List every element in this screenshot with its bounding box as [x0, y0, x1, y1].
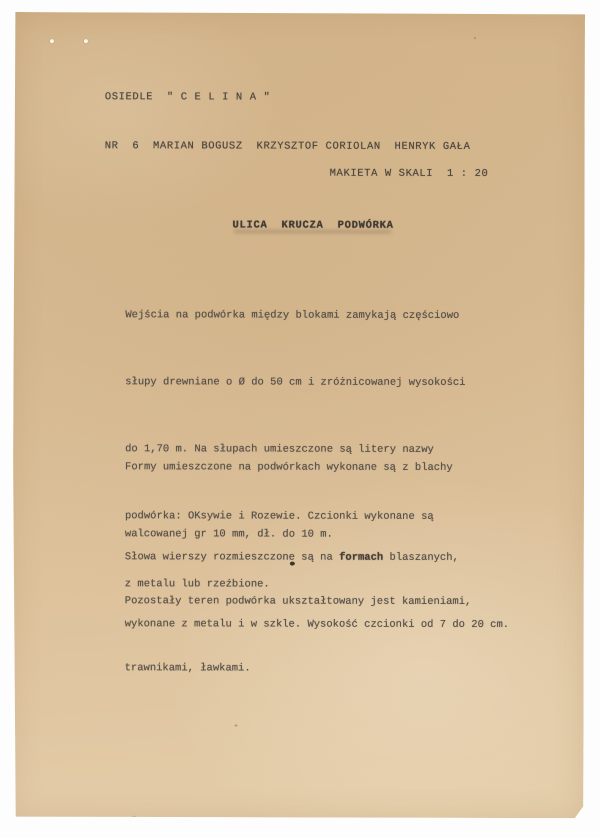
section-title: ULICA KRUCZA PODWÓRKA — [233, 214, 394, 237]
document-page: OSIEDLE " C E L I N A " NR 6 MARIAN BOGU… — [12, 12, 585, 818]
paper-speck — [474, 37, 476, 39]
paper-speck — [132, 816, 136, 819]
text-segment: Słowa wierszy rozmieszczone są na — [125, 551, 339, 563]
ink-dot — [290, 562, 295, 566]
paragraph-inscriptions: Słowa wierszy rozmieszczone są na formac… — [125, 501, 510, 681]
text-line: Wejścia na podwórka między blokami zamyk… — [125, 304, 465, 327]
text-line: wykonane z metalu i w szkle. Wysokość cz… — [125, 613, 509, 636]
scan-background: OSIEDLE " C E L I N A " NR 6 MARIAN BOGU… — [0, 0, 600, 837]
text-line: Słowa wierszy rozmieszczone są na formac… — [125, 546, 509, 569]
estate-title-line: OSIEDLE " C E L I N A " — [105, 86, 271, 109]
text-segment: blaszanych, — [383, 552, 459, 564]
pinhole — [84, 39, 88, 43]
authors-line: NR 6 MARIAN BOGUSZ KRZYSZTOF CORIOLAN HE… — [105, 135, 471, 158]
overtyped-word: formach — [339, 551, 383, 563]
text-line: słupy drewniane o Ø do 50 cm i zróżnicow… — [125, 371, 465, 394]
text-line: Formy umieszczone na podwórkach wykonane… — [125, 456, 472, 479]
scale-line: MAKIETA W SKALI 1 : 20 — [330, 163, 489, 186]
title-underline-smudge — [234, 229, 392, 233]
pinhole — [50, 39, 54, 43]
